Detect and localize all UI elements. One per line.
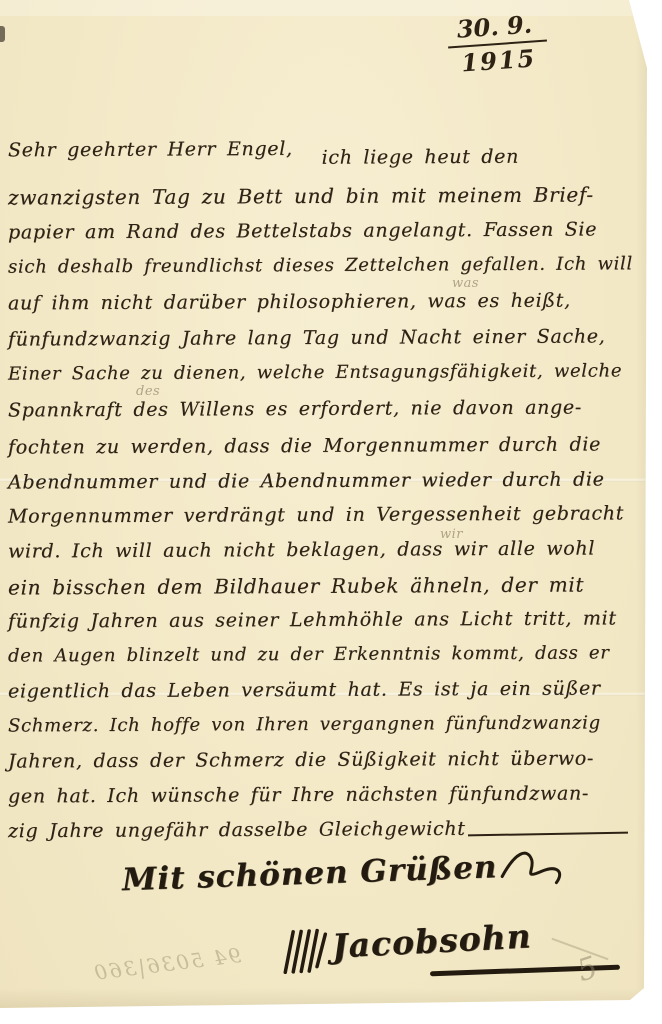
letter-line: papier am Rand des Bettelstabs angelangt… <box>8 220 597 242</box>
pencil-annotation-des: des <box>136 384 160 399</box>
letter-line: Schmerz. Ich hoffe von Ihren vergangnen … <box>8 714 601 735</box>
letter-line: sich deshalb freundlichst dieses Zettelc… <box>8 255 633 276</box>
letter-line: Jahren, dass der Schmerz die Süßigkeit n… <box>8 749 594 771</box>
letter-line: den Augen blinzelt und zu der Erkenntnis… <box>8 644 610 665</box>
letter-line: auf ihm nicht darüber philosophieren, wa… <box>8 292 571 314</box>
signature-text: Jacobsohn <box>331 916 533 965</box>
letter-line: fünfundzwanzig Jahre lang Tag und Nacht … <box>8 327 606 349</box>
letter-line: eigentlich das Leben versäumt hat. Es is… <box>8 679 601 701</box>
paper-right-edge-shadow <box>636 0 650 1010</box>
letter-line: zwanzigsten Tag zu Bett und bin mit mein… <box>8 184 594 207</box>
letter-line: Einer Sache zu dienen, welche Entsagungs… <box>8 362 622 383</box>
scanned-letter-page: 30. 9. 1915 Sehr geehrter Herr Engel, ic… <box>0 0 662 1024</box>
letter-line: Morgennummer verdrängt und in Vergessenh… <box>8 504 624 526</box>
date-day-month: 30. 9. <box>446 9 547 49</box>
pencil-annotation-wir: wir <box>440 527 463 542</box>
letter-line: fochten zu werden, dass die Morgennummer… <box>8 435 601 457</box>
scan-edge-artifact <box>0 26 5 42</box>
letter-line: fünfzig Jahren aus seiner Lehmhöhle ans … <box>8 609 617 631</box>
paper-top-light-band <box>0 0 662 16</box>
salutation-line: Sehr geehrter Herr Engel, ich liege heut… <box>8 139 519 161</box>
salutation: Sehr geehrter Herr Engel, <box>8 138 293 161</box>
letter-line: Spannkraft des Willens es erfordert, nie… <box>8 398 582 420</box>
letter-line: wird. Ich will auch nicht beklagen, dass… <box>8 539 595 561</box>
letter-line: zig Jahre ungefähr dasselbe Gleichgewich… <box>8 820 466 841</box>
letter-line: gen hat. Ich wünsche für Ihre nächsten f… <box>8 784 589 806</box>
salutation-continuation: ich liege heut den <box>321 148 519 168</box>
letter-line: Abendnummer und die Abendnummer wieder d… <box>8 470 605 492</box>
date-block: 30. 9. 1915 <box>446 9 549 79</box>
closing-flourish-stroke <box>497 844 568 890</box>
signature-initial-strokes <box>277 926 333 975</box>
pencil-annotation-was: was <box>452 276 479 291</box>
paper-bottom-edge-shadow <box>0 988 650 1008</box>
letter-line: ein bisschen dem Bildhauer Rubek ähneln,… <box>8 574 584 597</box>
